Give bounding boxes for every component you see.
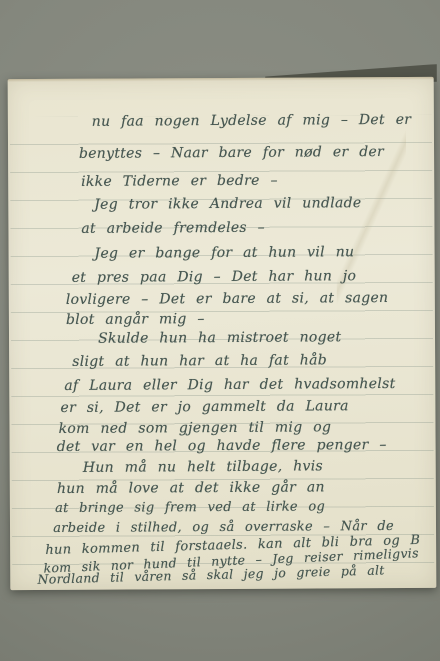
handwritten-line-18: at bringe sig frem ved at lirke og bbox=[55, 499, 325, 516]
handwritten-text-layer: nu faa nogen Lydelse af mig – Det er ben… bbox=[0, 0, 440, 661]
handwritten-line-8: lovligere – Det er bare at si, at sagen bbox=[66, 290, 389, 308]
handwritten-line-11: sligt at hun har at ha fat håb bbox=[72, 352, 327, 370]
handwritten-line-19: arbeide i stilhed, og så overraske – Når… bbox=[53, 519, 394, 536]
handwritten-line-2: benyttes – Naar bare for nød er der bbox=[79, 144, 384, 162]
handwritten-line-12: af Laura eller Dig har det hvadsomhelst bbox=[64, 376, 395, 394]
handwritten-line-7: et pres paa Dig – Det har hun jo bbox=[72, 268, 357, 286]
handwritten-line-6: Jeg er bange for at hun vil nu bbox=[94, 244, 354, 262]
handwritten-line-10: Skulde hun ha mistroet noget bbox=[98, 329, 341, 346]
handwritten-line-13: er si, Det er jo gammelt da Laura bbox=[60, 398, 348, 416]
handwritten-line-9: blot angår mig – bbox=[66, 311, 205, 328]
handwritten-line-15: det var en hel og havde flere penger – bbox=[57, 437, 387, 455]
handwritten-line-4: Jeg tror ikke Andrea vil undlade bbox=[94, 195, 361, 213]
handwritten-line-17: hun må love at det ikke går an bbox=[57, 479, 325, 497]
handwritten-line-16: Hun må nu helt tilbage, hvis bbox=[83, 458, 323, 475]
photographed-letter: nu faa nogen Lydelse af mig – Det er ben… bbox=[0, 0, 440, 661]
handwritten-line-14: kom ned som gjengen til mig og bbox=[59, 419, 332, 437]
handwritten-line-5: at arbeide fremdeles – bbox=[81, 220, 265, 237]
handwritten-line-1: nu faa nogen Lydelse af mig – Det er bbox=[92, 112, 412, 130]
handwritten-line-3: ikke Tiderne er bedre – bbox=[81, 173, 278, 190]
